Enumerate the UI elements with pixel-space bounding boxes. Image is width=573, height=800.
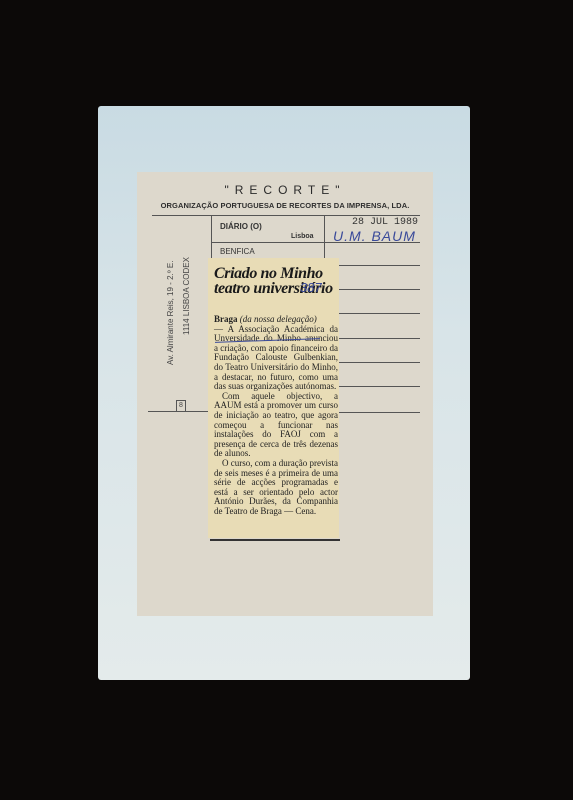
clipping-bottom-rule bbox=[210, 539, 340, 541]
publication-area: BENFICA bbox=[220, 247, 255, 256]
organization-name: ORGANIZAÇÃO PORTUGUESA DE RECORTES DA IM… bbox=[137, 201, 433, 210]
form-rule bbox=[336, 338, 420, 339]
article-paragraph: Com aquele objectivo, a AAUM está a prom… bbox=[214, 392, 338, 459]
address-line-1: Av. Almirante Reis, 19 - 2.º E. bbox=[166, 261, 175, 365]
source-divider-left bbox=[211, 215, 212, 259]
dateline-note: (da nossa delegação) bbox=[240, 314, 317, 324]
article-body: Braga (da nossa delegação) — A Associaçã… bbox=[214, 315, 338, 516]
left-rule bbox=[148, 411, 208, 412]
source-divider-right bbox=[324, 215, 325, 259]
form-title: "RECORTE" bbox=[137, 183, 433, 197]
handwritten-note: U.M. BAUM bbox=[333, 228, 416, 244]
date-stamp: 28 JUL 1989 bbox=[352, 217, 418, 228]
article-paragraph: — A Associação Académica da Unversidade … bbox=[214, 325, 338, 392]
form-rule bbox=[336, 412, 420, 413]
publication-name: DIÁRIO (O) bbox=[220, 222, 262, 231]
header-rule bbox=[152, 215, 420, 216]
source-mid-rule bbox=[211, 242, 324, 243]
form-rule bbox=[336, 289, 420, 290]
address-line-2: 1114 LISBOA CODEX bbox=[182, 257, 191, 335]
form-rule bbox=[336, 313, 420, 314]
handwritten-number: 387 bbox=[300, 280, 322, 295]
form-rule bbox=[336, 386, 420, 387]
article-paragraph: O curso, com a duração prevista de seis … bbox=[214, 459, 338, 517]
form-rule bbox=[336, 362, 420, 363]
publication-city: Lisboa bbox=[291, 233, 314, 240]
form-rule bbox=[336, 265, 420, 266]
dateline-city: Braga bbox=[214, 314, 238, 324]
